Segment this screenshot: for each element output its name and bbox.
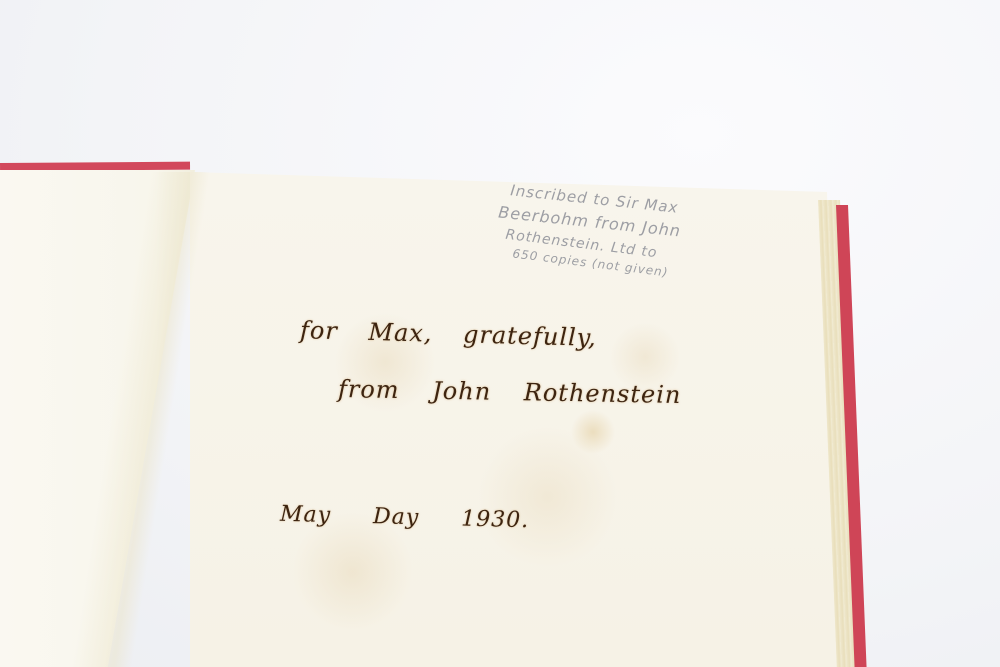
book-cover-top-edge — [0, 162, 190, 171]
inscription-line-2: from John Rothenstein — [338, 375, 682, 409]
